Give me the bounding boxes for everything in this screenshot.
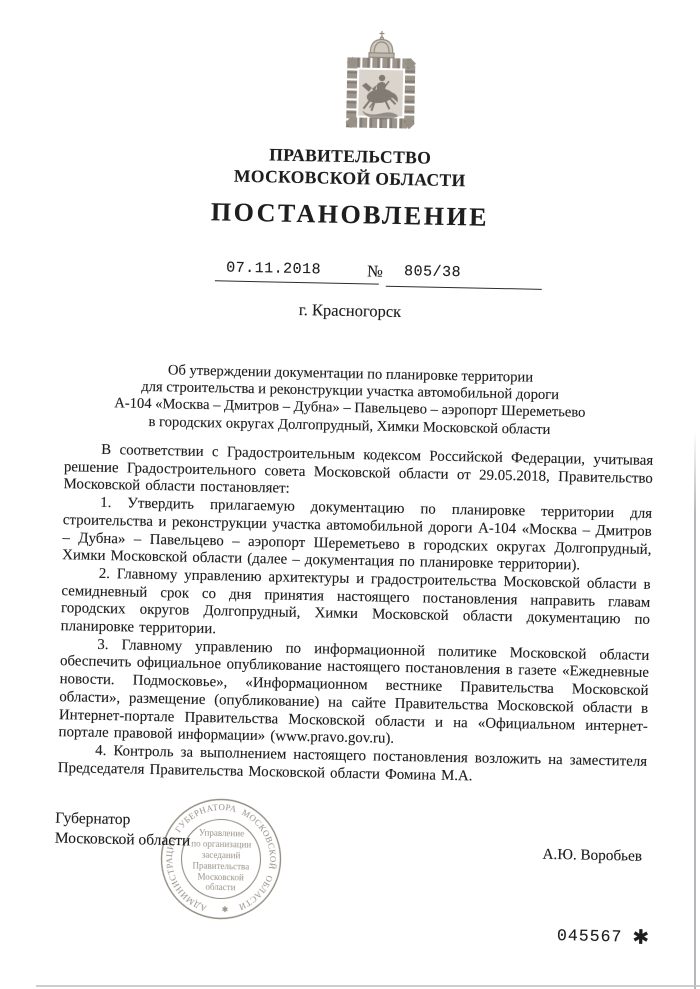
stamp-separator-star: ✱ [222,905,229,914]
document-body: В соответствии с Градостроительным кодек… [58,441,654,789]
scan-edge-bottom [36,985,700,987]
form-number: 045567 ✱ [557,925,651,947]
number-sign: № [367,261,383,281]
stamp-center-line: области [205,882,235,893]
city-line: г. Красногорск [0,294,700,328]
stamp-center-line: Управление [199,828,244,839]
coat-of-arms-icon [338,28,424,134]
date-underline [215,280,379,285]
stamp-center-line: Правительства [192,860,249,871]
form-number-digits: 045567 [557,926,623,946]
stamp-center-line: заседаний [202,850,241,861]
stamp-center-line: по организации [191,838,251,849]
round-stamp: АДМИНИСТРАЦИЯ ГУБЕРНАТОРА МОСКОВСКОЙ ОБЛ… [145,783,298,936]
scan-edge-right [694,430,696,989]
authority-name: ПРАВИТЕЛЬСТВО МОСКОВСКОЙ ОБЛАСТИ [0,139,700,196]
document-date: 07.11.2018 [226,260,321,279]
document-title: Об утверждении документации по планировк… [59,360,640,440]
document-page: ПРАВИТЕЛЬСТВО МОСКОВСКОЙ ОБЛАСТИ ПОСТАНО… [0,0,700,989]
paragraph-item-3: 3. Главному управлению по информационной… [58,636,649,754]
stamp-center-line: Московской [197,872,244,883]
asterisk-mark: ✱ [632,927,650,947]
paragraph-item-2: 2. Главному управлению архитектуры и гра… [61,565,651,648]
document-number: 805/38 [404,263,461,281]
date-number-line: 07.11.2018 № 805/38 [0,251,700,301]
number-underline [386,286,542,290]
paragraph-item-1: 1. Утвердить прилагаемую документацию по… [62,494,652,577]
signer-name: А.Ю. Воробьев [470,844,642,865]
document-type-heading: ПОСТАНОВЛЕНИЕ [0,193,700,237]
